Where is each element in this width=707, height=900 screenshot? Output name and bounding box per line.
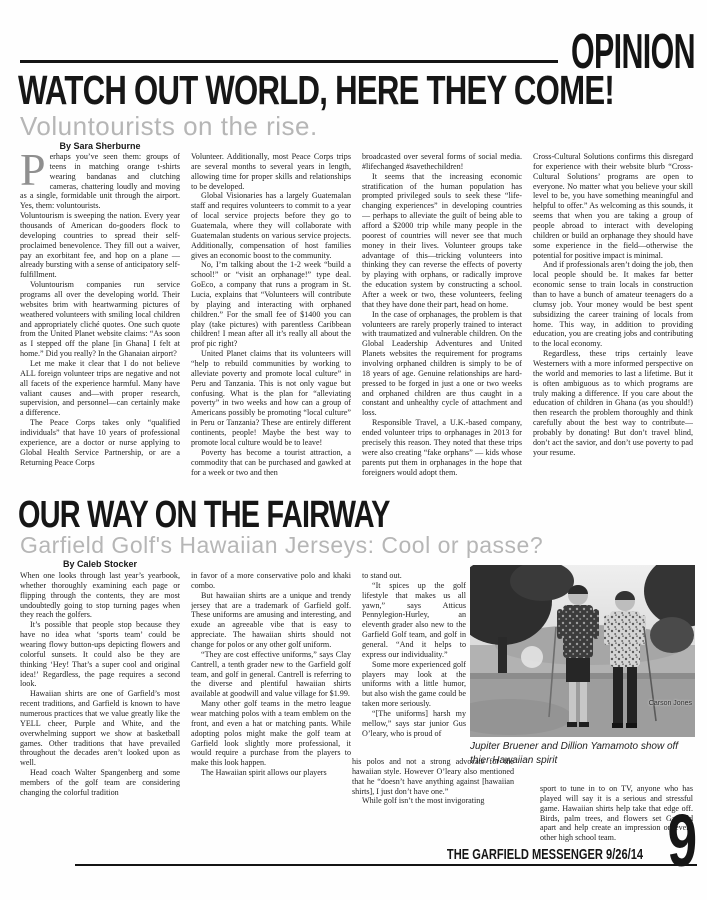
paragraph: “[The uniforms] harsh my mellow,” says s…	[362, 709, 466, 739]
paragraph: Poverty has become a tourist attraction,…	[191, 448, 351, 478]
paragraph: Voluntourism companies run service progr…	[20, 280, 180, 359]
article2-column-1: When one looks through last year’s yearb…	[20, 571, 180, 819]
article1-column-4: Cross-Cultural Solutions confirms this d…	[533, 152, 693, 500]
article1-column-2: Volunteer. Additionally, most Peace Corp…	[191, 152, 351, 500]
paragraph: “It spices up the golf lifestyle that ma…	[362, 581, 466, 660]
article1-column-1-paragraphs: Voluntourism is sweeping the nation. Eve…	[20, 211, 180, 467]
paragraph: And if professionals aren’t doing the jo…	[533, 260, 693, 349]
paragraph: Let me make it clear that I do not belie…	[20, 359, 180, 418]
paragraph: to stand out.	[362, 571, 466, 581]
paragraph: “They are cost effective uniforms,” says…	[191, 650, 351, 699]
article1-columns: Perhaps you’ve seen them: groups of teen…	[20, 152, 693, 500]
paragraph: in favor of a more conservative polo and…	[191, 571, 351, 591]
paragraph: Regardless, these trips certainly leave …	[533, 349, 693, 457]
article1-column-1: Perhaps you’ve seen them: groups of teen…	[20, 152, 180, 500]
paragraph: Voluntourism is sweeping the nation. Eve…	[20, 211, 180, 280]
golf-photo-illustration	[470, 565, 695, 737]
paragraph: Cross-Cultural Solutions confirms this d…	[533, 152, 693, 260]
paragraph: Some more experienced golf players may l…	[362, 660, 466, 709]
paragraph: Responsible Travel, a U.K.-based company…	[362, 418, 522, 477]
paragraph: Global Visionaries has a largely Guatema…	[191, 191, 351, 260]
paragraph: While golf isn’t the most invigorating	[352, 796, 514, 806]
article1-headline: WATCH OUT WORLD, HERE THEY COME!	[18, 70, 614, 111]
paragraph: But hawaiian shirts are a unique and tre…	[191, 591, 351, 650]
article1-column-3: broadcasted over several forms of social…	[362, 152, 522, 500]
paragraph: Head coach Walter Spangenberg and some m…	[20, 768, 180, 798]
paragraph: The Peace Corps takes only “qualified in…	[20, 418, 180, 467]
paragraph: The Hawaiian spirit allows our players	[191, 768, 351, 778]
publication-line: THE GARFIELD MESSENGER 9/26/14	[447, 846, 643, 863]
article2-headline: OUR WAY ON THE FAIRWAY	[18, 496, 390, 534]
paragraph: When one looks through last year’s yearb…	[20, 571, 180, 620]
paragraph: In the case of orphanages, the problem i…	[362, 310, 522, 418]
masthead-rule	[20, 60, 558, 63]
photo-credit: Carson Jones	[649, 700, 692, 707]
article2-subhead: Garfield Golf's Hawaiian Jerseys: Cool o…	[20, 534, 543, 557]
article2-column-3: to stand out.“It spices up the golf life…	[362, 571, 466, 757]
article2-column-3-continued: his polos and not a strong advocate for …	[352, 757, 514, 835]
paragraph: It’s possible that people stop because t…	[20, 620, 180, 689]
page-number: 9	[667, 804, 697, 878]
photo-caption: Jupiter Bruener and Dillion Yamamoto sho…	[470, 740, 695, 767]
paragraph: It seems that the increasing economic st…	[362, 172, 522, 310]
article2-byline: By Caleb Stocker	[20, 559, 180, 569]
golf-photo: Carson Jones	[470, 565, 695, 737]
article1-subhead: Voluntourists on the rise.	[20, 113, 318, 139]
footer-rule	[75, 864, 697, 866]
drop-cap: P	[20, 153, 46, 187]
newspaper-page: OPINION WATCH OUT WORLD, HERE THEY COME!…	[0, 0, 707, 900]
article1-byline: By Sara Sherburne	[20, 141, 180, 151]
paragraph: Many other golf teams in the metro leagu…	[191, 699, 351, 768]
paragraph: United Planet claims that its volunteers…	[191, 349, 351, 448]
paragraph: Hawaiian shirts are one of Garfield’s mo…	[20, 689, 180, 768]
article2-column-2: in favor of a more conservative polo and…	[191, 571, 351, 819]
paragraph: No, I’m talking about the 1-2 week “buil…	[191, 260, 351, 349]
paragraph: Volunteer. Additionally, most Peace Corp…	[191, 152, 351, 191]
paragraph: broadcasted over several forms of social…	[362, 152, 522, 172]
lead-paragraph: Perhaps you’ve seen them: groups of teen…	[20, 152, 180, 211]
